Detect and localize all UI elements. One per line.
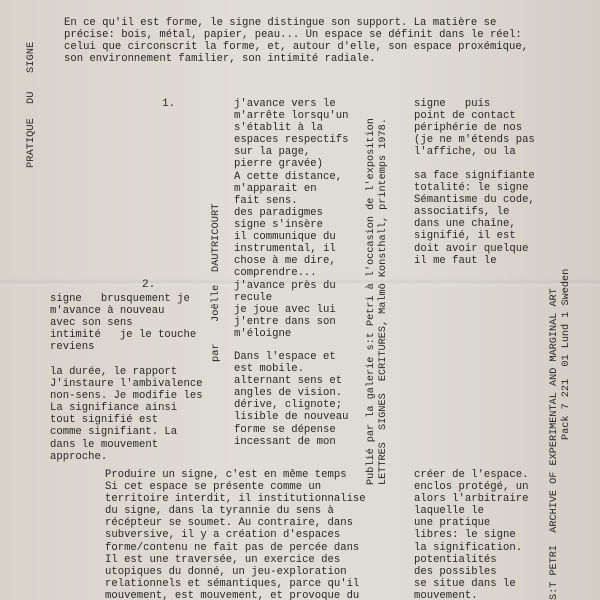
text-line: m'apparait en (234, 183, 348, 195)
right-column-block-1: signe puispoint de contactpériphérie de … (414, 98, 535, 158)
text-line: s'établit à la (234, 122, 348, 134)
text-line: comme signifiant. La (50, 426, 203, 438)
side-title-word-pratique: PRATIQUE (25, 118, 37, 168)
side-title-word-du: DU (25, 92, 37, 104)
text-line: libres: le signe (414, 529, 528, 541)
text-line: lisible de nouveau (234, 411, 348, 423)
text-line: forme se dépense (234, 424, 348, 436)
right-column-block-3: créer de l'espace.enclos protégé, unalor… (414, 469, 528, 600)
text-line: chose à me dire, (234, 255, 348, 267)
text-line: j'avance près du (234, 280, 336, 292)
publisher-note: Publié par la galerie s:t Petri à l'occa… (366, 118, 391, 485)
text-line: récépteur se soumet. Au contraire, dans (105, 517, 366, 529)
text-line: potentialités (414, 554, 528, 566)
text-line: J'instaure l'ambivalence (50, 378, 203, 390)
text-line: Publié par la galerie s:t Petri à l'occa… (366, 118, 378, 485)
text-line: forme/contenu ne fait pas de percée dans (105, 542, 366, 554)
text-line: Dans l'espace et (234, 351, 348, 363)
text-line: signifié, il est (414, 230, 535, 242)
text-line: périphérie de nos (414, 122, 535, 134)
text-line: tout signifié est (50, 414, 203, 426)
text-line: alternant sens et (234, 375, 348, 387)
bottom-paragraph: Produire un signe, c'est en même tempsSi… (105, 469, 366, 600)
text-line: je joue avec lui (234, 304, 336, 316)
text-line: doit avoir quelque (414, 243, 535, 255)
text-line: celui que circonscrit la forme, et, auto… (64, 41, 528, 53)
center-column-block-1: j'avance vers lem'arrête lorsqu'uns'étab… (234, 98, 348, 279)
center-column-block-3: Dans l'espace etest mobile.alternant sen… (234, 351, 348, 448)
text-line: se situe dans le (414, 578, 528, 590)
text-line: espaces respectifs (234, 134, 348, 146)
text-line: la durée, le rapport (50, 366, 203, 378)
text-line: Si cet espace se présente comme un (105, 481, 366, 493)
text-line: comprendre... (234, 267, 348, 279)
text-line: signe brusquement je (50, 293, 196, 305)
text-line: Produire un signe, c'est en même temps (105, 469, 366, 481)
text-line: non-sens. Je modifie les (50, 390, 203, 402)
text-line: recule (234, 292, 336, 304)
text-line: sa face signifiante (414, 170, 535, 182)
text-line: territoire interdit, il institutionnalis… (105, 493, 366, 505)
left-column-block-2: la durée, le rapportJ'instaure l'ambival… (50, 366, 203, 463)
text-line: dérive, clignote; (234, 399, 348, 411)
text-line: A cette distance, (234, 171, 348, 183)
text-line: m'avance à nouveau (50, 305, 196, 317)
text-line: relationnels et sémantiques, parce qu'il (105, 578, 366, 590)
text-line: Il est une traversée, un exercice des (105, 554, 366, 566)
text-line: l'affiche, ou la (414, 146, 535, 158)
text-line: dans le mouvement (50, 439, 203, 451)
text-line: approche. (50, 451, 203, 463)
text-line: m'arrête lorsqu'un (234, 110, 348, 122)
center-column-block-2: j'avance près dureculeje joue avec luij'… (234, 280, 336, 340)
text-line: En ce qu'il est forme, le signe distingu… (64, 17, 528, 29)
text-line: instrumental, il (234, 243, 348, 255)
text-line: du signe, dans la tyrannie du sens à (105, 505, 366, 517)
text-line: intimité je le touche (50, 329, 196, 341)
archive-address: S:T PETRI ARCHIVE OF EXPERIMENTAL AND MA… (549, 269, 574, 600)
text-line: enclos protégé, un (414, 481, 528, 493)
section-marker-2: 2. (142, 279, 155, 291)
side-title-word-signe: SIGNE (25, 42, 37, 73)
text-line: la signification. (414, 542, 528, 554)
text-line: signe puis (414, 98, 535, 110)
text-line: mouvement, est mouvement, et provoque du (105, 590, 366, 600)
text-line: angles de vision. (234, 387, 348, 399)
text-line: incessant de mon (234, 436, 348, 448)
text-line: fait sens. (234, 195, 348, 207)
text-line: pierre gravée) (234, 158, 348, 170)
author-name: Joëlle DAUTRICOURT (210, 204, 222, 322)
left-column-block-1: signe brusquement jem'avance à nouveauav… (50, 293, 196, 353)
text-line: La signifiance ainsi (50, 402, 203, 414)
text-line: totalité: le signe (414, 182, 535, 194)
right-column-block-2: sa face signifiantetotalité: le signeSém… (414, 170, 535, 267)
text-line: il communique du (234, 231, 348, 243)
text-line: LETTRES SIGNES ECRITURES, Malmö Konsthal… (378, 118, 390, 485)
text-line: il me faut le (414, 255, 535, 267)
text-line: reviens (50, 341, 196, 353)
text-line: laquelle le (414, 505, 528, 517)
text-line: j'entre dans son (234, 316, 336, 328)
text-line: subversive, il y a création d'espaces (105, 529, 366, 541)
text-line: associatifs, le (414, 206, 535, 218)
author-par: par (210, 343, 222, 362)
section-marker-1: 1. (162, 98, 175, 110)
text-line: est mobile. (234, 363, 348, 375)
text-line: signe s'insère (234, 219, 348, 231)
text-line: son environnement familier, son intimité… (64, 53, 528, 65)
text-line: mouvement. (414, 590, 528, 600)
text-line: dans une chaîne, (414, 218, 535, 230)
text-line: m'éloigne (234, 328, 336, 340)
text-line: alors l'arbitraire (414, 493, 528, 505)
text-line: précise: bois, métal, papier, peau... Un… (64, 29, 528, 41)
text-line: point de contact (414, 110, 535, 122)
text-line: utopiques du donné, un jeu-exploration (105, 566, 366, 578)
intro-paragraph: En ce qu'il est forme, le signe distingu… (64, 17, 528, 65)
text-line: S:T PETRI ARCHIVE OF EXPERIMENTAL AND MA… (549, 269, 561, 600)
text-line: Pack 7 221 01 Lund 1 Sweden (561, 269, 573, 600)
text-line: j'avance vers le (234, 98, 348, 110)
text-line: Sémantisme du code, (414, 194, 535, 206)
text-line: une pratique (414, 517, 528, 529)
text-line: des paradigmes (234, 207, 348, 219)
text-line: (je ne m'étends pas (414, 134, 535, 146)
text-line: avec son sens (50, 317, 196, 329)
text-line: des possibles (414, 566, 528, 578)
text-line: créer de l'espace. (414, 469, 528, 481)
text-line: sur la page, (234, 146, 348, 158)
